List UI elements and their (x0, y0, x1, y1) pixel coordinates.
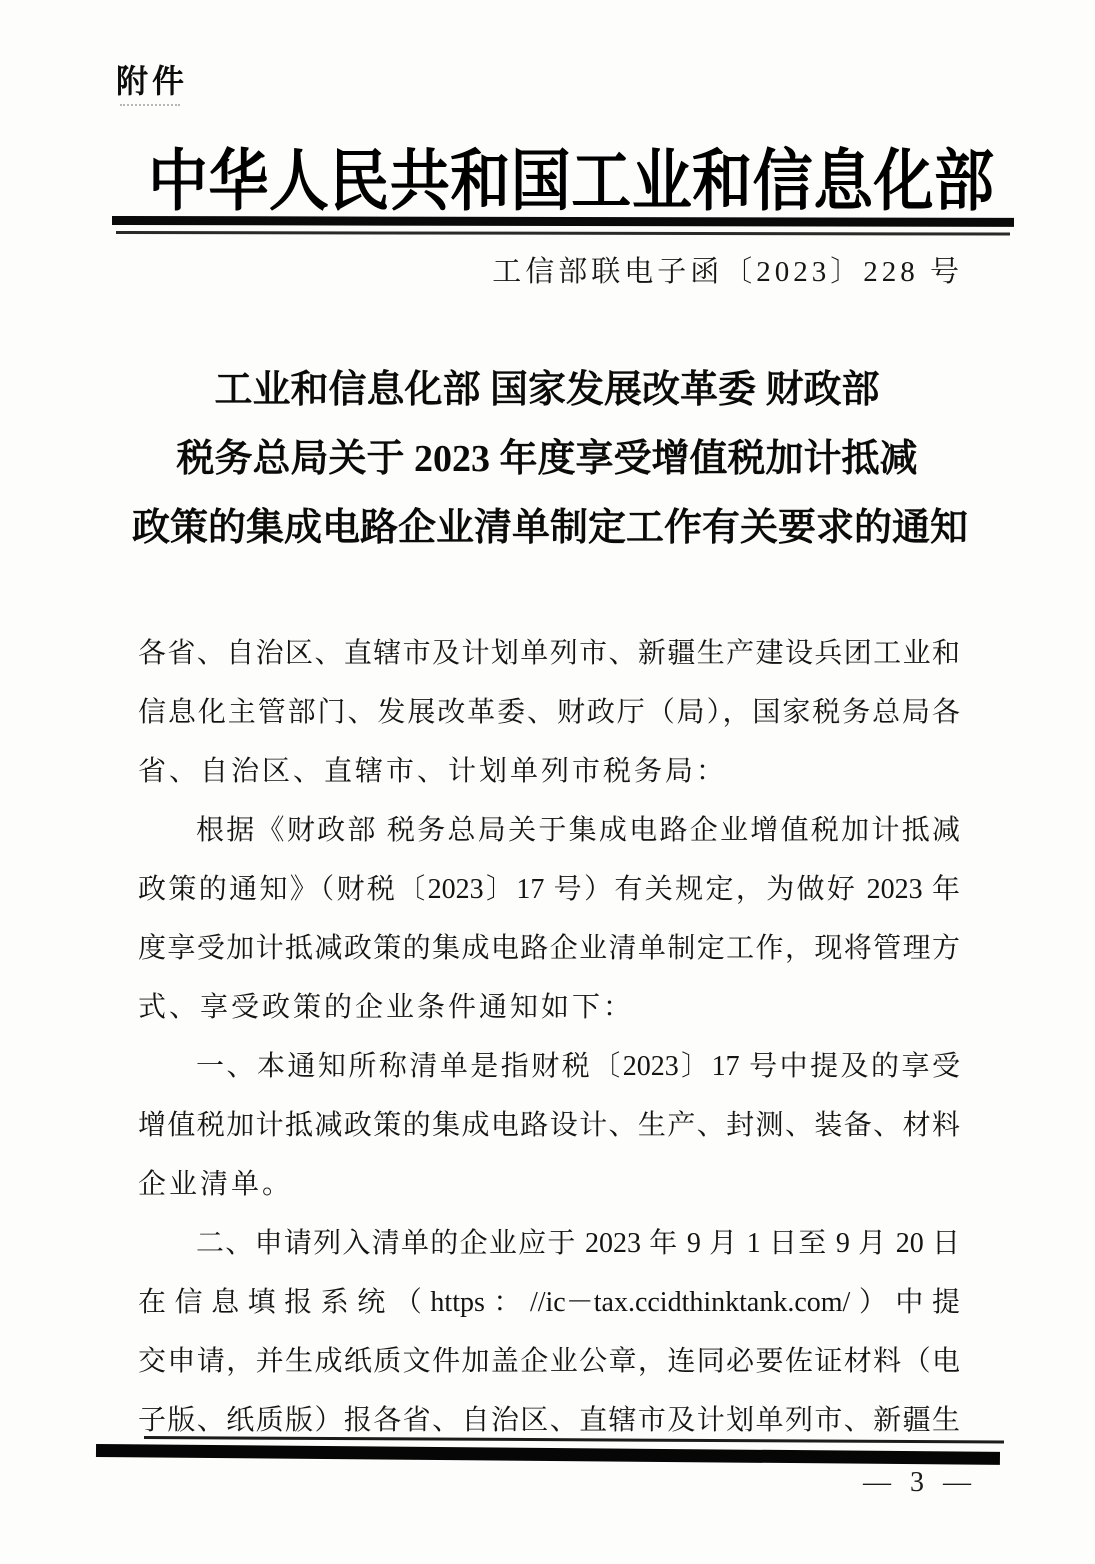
body-line: 根据《财政部 税务总局关于集成电路企业增值税加计抵减 (138, 801, 960, 860)
body-line: 政策的通知》（财税〔2023〕17 号）有关规定，为做好 2023 年 (138, 860, 960, 919)
body-line: 交申请，并生成纸质文件加盖企业公章，连同必要佐证材料（电 (138, 1332, 960, 1391)
body-line: 各省、自治区、直辖市及计划单列市、新疆生产建设兵团工业和 (138, 624, 960, 683)
masthead-org-name: 中华人民共和国工业和信息化部 (148, 128, 994, 224)
title-line: 工业和信息化部 国家发展改革委 财政部 (132, 356, 962, 425)
document-number: 工信部联电子函〔2023〕228 号 (492, 249, 963, 290)
document-body: 各省、自治区、直辖市及计划单列市、新疆生产建设兵团工业和 信息化主管部门、发展改… (138, 624, 960, 1450)
body-line: 式、享受政策的企业条件通知如下： (138, 978, 960, 1037)
title-line: 税务总局关于 2023 年度享受增值税加计抵减 (132, 425, 962, 494)
body-line: 在信息填报系统（https：//ic－tax.ccidthinktank.com… (138, 1273, 960, 1332)
body-line: 度享受加计抵减政策的集成电路企业清单制定工作，现将管理方 (138, 919, 960, 978)
document-title: 工业和信息化部 国家发展改革委 财政部 税务总局关于 2023 年度享受增值税加… (132, 356, 962, 563)
body-line: 二、申请列入清单的企业应于 2023 年 9 月 1 日至 9 月 20 日 (138, 1214, 960, 1273)
document-page: 附件 中华人民共和国工业和信息化部 工信部联电子函〔2023〕228 号 工业和… (0, 0, 1095, 1564)
body-line: 省、自治区、直辖市、计划单列市税务局： (138, 742, 960, 801)
body-line: 一、本通知所称清单是指财税〔2023〕17 号中提及的享受 (138, 1037, 960, 1096)
body-line: 企业清单。 (138, 1155, 960, 1214)
masthead-rule-thin (116, 231, 1010, 236)
body-line: 增值税加计抵减政策的集成电路设计、生产、封测、装备、材料 (138, 1096, 960, 1155)
body-line: 信息化主管部门、发展改革委、财政厅（局），国家税务总局各 (138, 683, 960, 742)
page-number: — 3 — (863, 1467, 977, 1499)
masthead-rule-thick (112, 216, 1014, 227)
attachment-label: 附件 (116, 56, 188, 102)
scan-smudge (120, 104, 180, 106)
title-line: 政策的集成电路企业清单制定工作有关要求的通知 (132, 494, 962, 563)
